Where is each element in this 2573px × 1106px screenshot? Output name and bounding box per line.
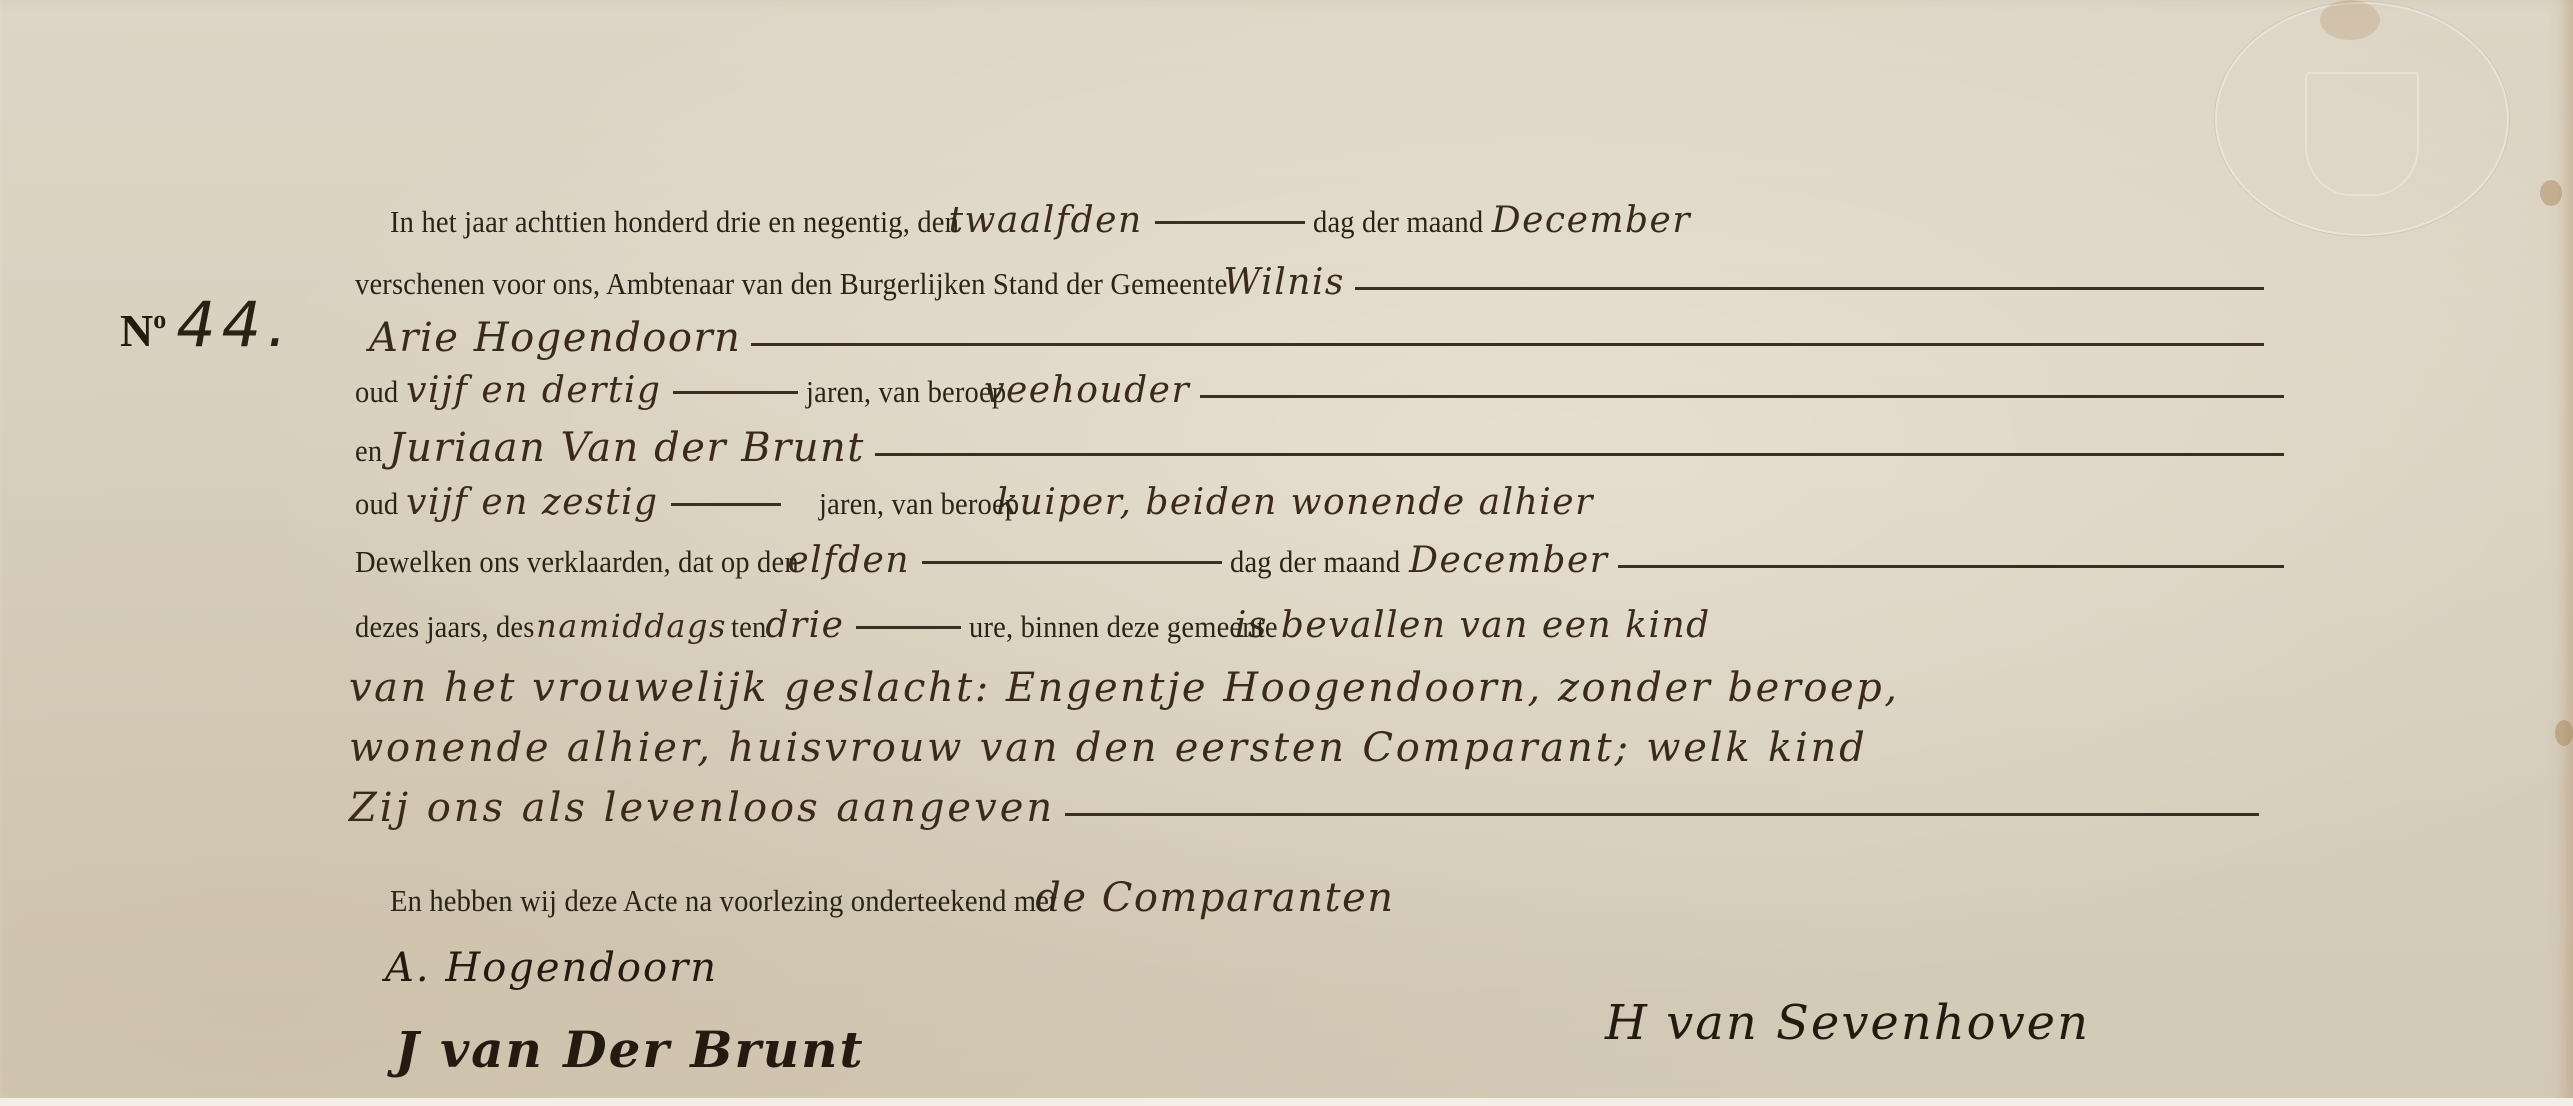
handwritten-declarant-2-name: Juriaan Van der Brunt <box>389 425 865 471</box>
line-1: In het jaar achttien honderd drie en neg… <box>390 200 2270 241</box>
handwritten-day: twaalfden <box>949 200 1143 241</box>
document-page: No 44. In het jaar achttien honderd drie… <box>0 0 2573 1106</box>
handwritten-text: wonende alhier, huisvrouw van den eerste… <box>349 725 1868 771</box>
handwritten-hour: drie <box>765 605 844 646</box>
fill-line <box>1155 221 1305 224</box>
record-number-value: 44. <box>176 288 293 361</box>
printed-text: dezes jaars, des <box>355 609 535 645</box>
printed-text: jaren, van beroep <box>819 486 1019 522</box>
paper-stain <box>2320 0 2380 40</box>
printed-text: In het jaar achttien honderd drie en neg… <box>390 204 959 240</box>
signature-declarant-1: A. Hogendoorn <box>385 945 718 991</box>
fill-line <box>922 561 1222 564</box>
line-5: en Juriaan Van der Brunt <box>355 425 2290 471</box>
line-9: van het vrouwelijk geslacht: Engentje Ho… <box>345 665 2385 711</box>
handwritten-part-of-day: namiddags <box>536 607 727 645</box>
line-4: oud vijf en dertig jaren, van beroep vee… <box>355 370 2290 411</box>
paper-stain <box>2540 180 2562 206</box>
handwritten-age: vijf en zestig <box>406 482 659 523</box>
signature-registrar: H van Sevenhoven <box>1605 995 2090 1051</box>
handwritten-text: van het vrouwelijk geslacht: Engentje Ho… <box>349 665 1899 711</box>
handwritten-occupation: kuiper, beiden wonende alhier <box>996 482 1594 523</box>
fill-line <box>1618 565 2284 568</box>
line-2: verschenen voor ons, Ambtenaar van den B… <box>355 262 2270 303</box>
line-11: Zij ons als levenloos aangeven <box>345 785 2265 831</box>
line-7: Dewelken ons verklaarden, dat op den elf… <box>355 540 2290 581</box>
handwritten-declarant-1-name: Arie Hogendoorn <box>369 315 741 361</box>
fill-line <box>856 626 961 629</box>
printed-text: verschenen voor ons, Ambtenaar van den B… <box>355 266 1227 302</box>
signature-declarant-2: J van Der Brunt <box>395 1020 865 1079</box>
printed-text: ten <box>731 609 766 645</box>
handwritten-age: vijf en dertig <box>406 370 661 411</box>
printed-text: dag der maand <box>1230 544 1400 580</box>
handwritten-municipality: Wilnis <box>1223 262 1345 303</box>
handwritten-day: elfden <box>787 540 910 581</box>
fill-line <box>1355 287 2264 290</box>
line-3: Arie Hogendoorn <box>365 315 2270 361</box>
line-8: dezes jaars, des namiddags ten drie ure,… <box>355 605 2355 646</box>
fill-line <box>671 503 781 506</box>
fill-line <box>875 453 2284 456</box>
fill-line <box>673 391 798 394</box>
fill-line <box>751 343 2264 346</box>
handwritten-text: de Comparanten <box>1035 875 1394 921</box>
handwritten-text: is bevallen van een kind <box>1235 605 1711 646</box>
printed-text: jaren, van beroep <box>806 374 1006 410</box>
handwritten-text: Zij ons als levenloos aangeven <box>349 785 1055 831</box>
coat-of-arms-shield-icon <box>2305 72 2419 196</box>
record-number: No 44. <box>120 288 293 361</box>
printed-text: En hebben wij deze Acte na voorlezing on… <box>390 883 1057 919</box>
paper-bottom-edge <box>0 1098 2573 1106</box>
printed-text: ure, binnen deze gemeente <box>969 609 1278 645</box>
line-6: oud vijf en zestig jaren, van beroep kui… <box>355 482 2290 523</box>
fill-line <box>1200 395 2284 398</box>
handwritten-occupation: veehouder <box>984 370 1190 411</box>
printed-text: oud <box>355 374 398 410</box>
line-10: wonende alhier, huisvrouw van den eerste… <box>345 725 2385 771</box>
record-number-label: No <box>120 304 166 357</box>
handwritten-month: December <box>1492 200 1691 241</box>
printed-text: dag der maand <box>1313 204 1483 240</box>
printed-text: Dewelken ons verklaarden, dat op den <box>355 544 799 580</box>
printed-text: en <box>355 433 382 469</box>
paper-stain <box>2555 720 2573 746</box>
printed-text: oud <box>355 486 398 522</box>
fill-line <box>1065 813 2259 816</box>
line-12: En hebben wij deze Acte na voorlezing on… <box>390 875 2090 921</box>
handwritten-month: December <box>1409 540 1608 581</box>
